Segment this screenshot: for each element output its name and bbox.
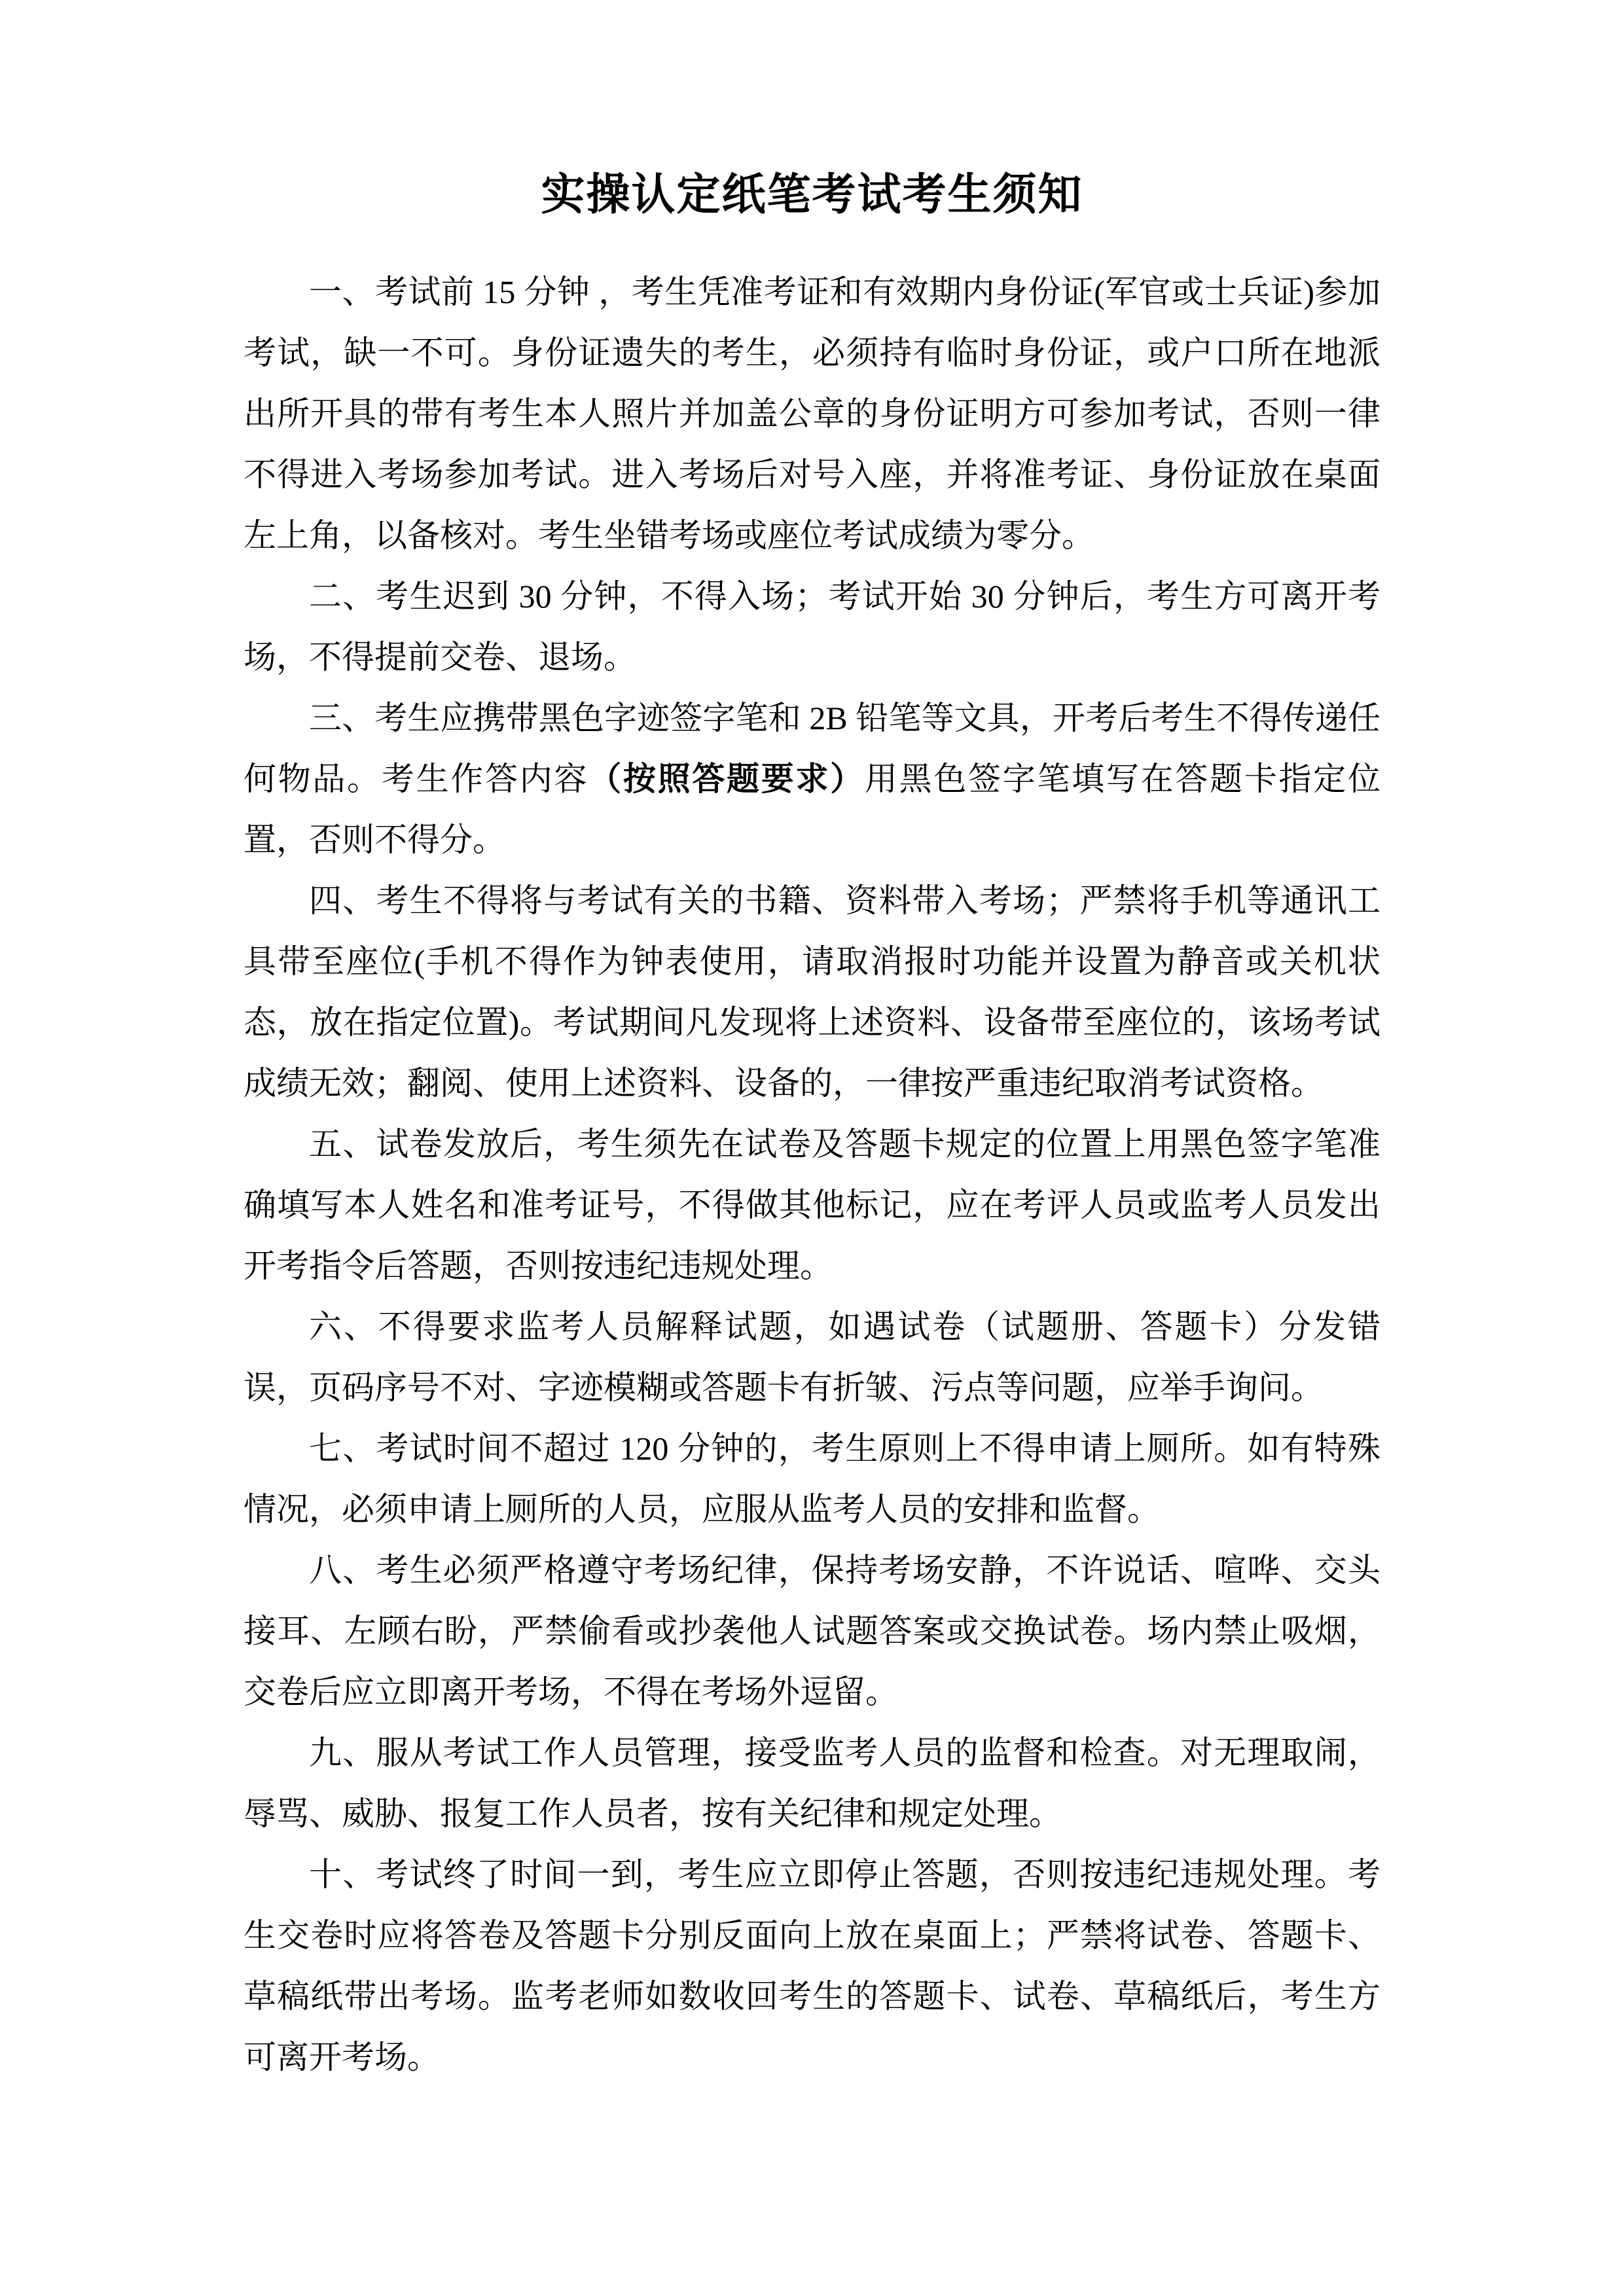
paragraph-8-discipline-rule: 八、考生必须严格遵守考场纪律，保持考场安静，不许说话、喧哗、交头接耳、左顾右盼，…: [244, 1540, 1380, 1723]
paragraph-6-question-handling: 六、不得要求监考人员解释试题，如遇试卷（试题册、答题卡）分发错误，页码序号不对、…: [244, 1297, 1380, 1418]
paragraph-1-admission-requirements: 一、考试前 15 分钟 ，考生凭准考证和有效期内身份证(军官或士兵证)参加考试，…: [244, 262, 1380, 566]
page-title: 实操认定纸笔考试考生须知: [244, 162, 1380, 228]
paragraph-3-bold-note: （按照答题要求）: [588, 761, 865, 797]
paragraph-3-stationery-rule: 三、考生应携带黑色字迹签字笔和 2B 铅笔等文具，开考后考生不得传递任何物品。考…: [244, 688, 1380, 870]
document-page: 实操认定纸笔考试考生须知 一、考试前 15 分钟 ，考生凭准考证和有效期内身份证…: [0, 0, 1624, 2296]
paragraph-4-prohibited-items: 四、考生不得将与考试有关的书籍、资料带入考场；严禁将手机等通讯工具带至座位(手机…: [244, 870, 1380, 1114]
paragraph-9-obey-staff-rule: 九、服从考试工作人员管理，接受监考人员的监督和检查。对无理取闹，辱骂、威胁、报复…: [244, 1723, 1380, 1844]
paragraph-2-late-arrival-rule: 二、考生迟到 30 分钟，不得入场；考试开始 30 分钟后，考生方可离开考场，不…: [244, 566, 1380, 688]
paragraph-10-exam-end-rule: 十、考试终了时间一到，考生应立即停止答题，否则按违纪违规处理。考生交卷时应将答卷…: [244, 1844, 1380, 2088]
paragraph-7-restroom-rule: 七、考试时间不超过 120 分钟的，考生原则上不得申请上厕所。如有特殊情况，必须…: [244, 1418, 1380, 1540]
paragraph-5-filling-name-rule: 五、试卷发放后，考生须先在试卷及答题卡规定的位置上用黑色签字笔准确填写本人姓名和…: [244, 1114, 1380, 1297]
